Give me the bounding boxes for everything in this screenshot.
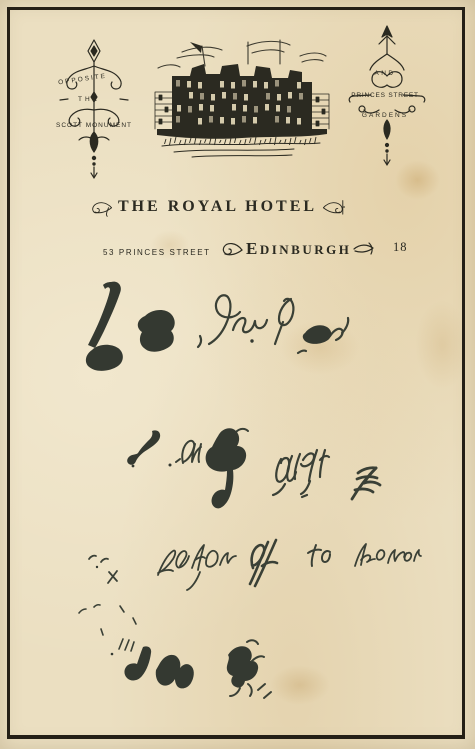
title-flourish-left-icon (90, 193, 113, 221)
letterhead-title-row: The Royal Hotel (90, 190, 345, 224)
street-address: 53 Princes Street (103, 248, 211, 257)
right-ornament-line3: Gardens (338, 112, 432, 119)
left-ornament: Opposite The Scott Monument (48, 36, 140, 184)
hotel-engraving-illustration (152, 34, 332, 164)
city-flourish-right-icon (353, 240, 375, 258)
city-name: Edinburgh (246, 239, 351, 259)
title-flourish-right-icon (322, 193, 345, 221)
left-ornament-line3: Scott Monument (46, 122, 142, 129)
right-ornament-line1: And (338, 70, 432, 77)
fleuron-flourish-icon (338, 24, 432, 174)
left-ornament-line2: The (78, 96, 100, 103)
scanned-letter-page: Opposite The Scott Monument (0, 0, 475, 749)
city-group: Edinburgh (220, 238, 375, 260)
right-ornament-line2: Princes Street (338, 92, 432, 99)
fleuron-flourish-icon (48, 36, 140, 184)
right-ornament: And Princes Street Gardens (338, 24, 432, 174)
city-flourish-left-icon (220, 238, 244, 260)
date-year-prefix: 18 (393, 240, 408, 255)
hotel-name-title: The Royal Hotel (118, 198, 317, 216)
